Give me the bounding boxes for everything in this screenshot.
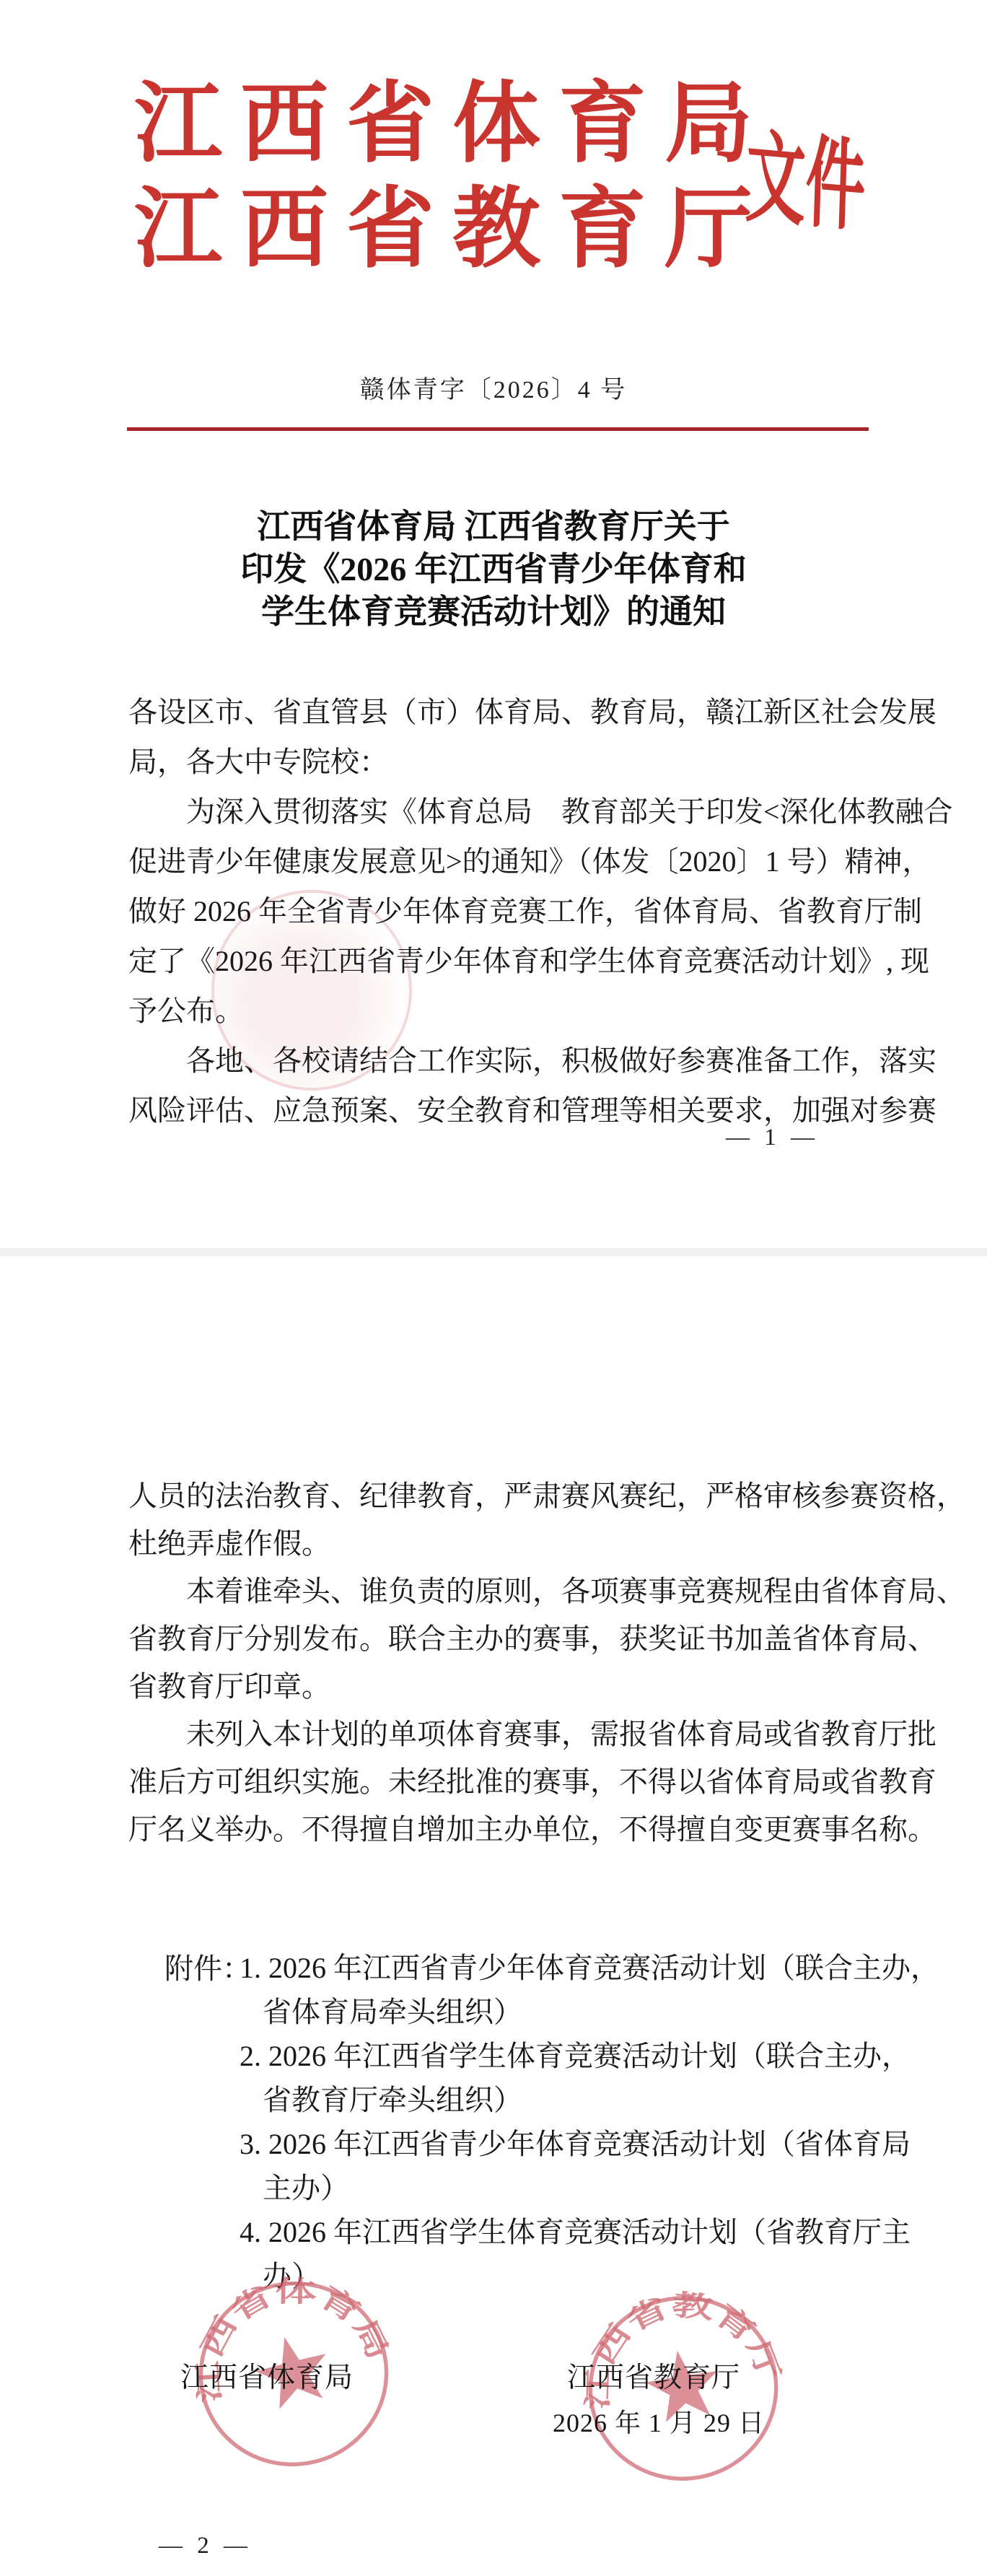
attachments-list: 1. 2026 年江西省青少年体育竞赛活动计划（联合主办， 省体育局牵头组织） … [240,1946,939,2298]
page-separator [0,1248,987,1257]
body-line: 做好 2026 年全省青少年体育竞赛工作，省体育局、省教育厅制 [128,886,893,936]
body-line: 予公布。 [128,986,893,1036]
page1-body-text: 各设区市、省直管县（市）体育局、教育局，赣江新区社会发展 局，各大中专院校： 为… [128,687,893,1135]
attachment-item-line: 主办） [263,2166,939,2210]
attachment-item-line: 2. 2026 年江西省学生体育竞赛活动计划（联合主办， [240,2034,939,2078]
body-line: 省教育厅分别发布。联合主办的赛事，获奖证书加盖省体育局、 [128,1615,893,1663]
page2-body-text: 人员的法治教育、纪律教育，严肃赛风赛纪，严格审核参赛资格， 杜绝弄虚作假。 本着… [128,1472,893,1854]
red-divider-rule [127,427,869,431]
document-title: 江西省体育局 江西省教育厅关于 印发《2026 年江西省青少年体育和 学生体育竞… [0,505,987,633]
body-line: 定了《2026 年江西省青少年体育和学生体育竞赛活动计划》, 现 [128,936,893,986]
body-line: 本着谁牵头、谁负责的原则，各项赛事竞赛规程由省体育局、 [128,1568,893,1615]
page-number-2: — 2 — [159,2533,252,2559]
page-2: 人员的法治教育、纪律教育，严肃赛风赛纪，严格审核参赛资格， 杜绝弄虚作假。 本着… [0,1257,987,2576]
document-number: 赣体青字〔2026〕4 号 [0,370,987,405]
signature-date: 2026 年 1 月 29 日 [553,2403,765,2440]
title-line: 学生体育竞赛活动计划》的通知 [0,590,987,633]
title-line: 印发《2026 年江西省青少年体育和 [0,548,987,590]
signature-sports-bureau: 江西省体育局 [180,2355,354,2396]
attachments-label: 附件： [164,1946,251,1987]
body-line: 人员的法治教育、纪律教育，严肃赛风赛纪，严格审核参赛资格， [128,1472,893,1520]
title-line: 江西省体育局 江西省教育厅关于 [0,505,987,548]
attachment-item-line: 省教育厅牵头组织） [263,2078,939,2122]
body-line: 省教育厅印章。 [128,1663,893,1711]
attachment-item-line: 4. 2026 年江西省学生体育竞赛活动计划（省教育厅主 [240,2210,939,2254]
attachment-item-line: 省体育局牵头组织） [263,1990,939,2034]
body-line: 局，各大中专院校： [128,737,893,787]
body-line: 各地、各校请结合工作实际，积极做好参赛准备工作，落实 [128,1036,893,1086]
attachment-item-line: 1. 2026 年江西省青少年体育竞赛活动计划（联合主办， [240,1946,939,1990]
body-line: 杜绝弄虚作假。 [128,1520,893,1568]
body-line: 厅名义举办。不得擅自增加主办单位，不得擅自变更赛事名称。 [128,1806,893,1854]
header-doc-type: 文件 [745,128,867,238]
body-line: 未列入本计划的单项体育赛事，需报省体育局或省教育厅批 [128,1711,893,1758]
body-line: 准后方可组织实施。未经批准的赛事，不得以省体育局或省教育 [128,1758,893,1806]
attachment-item-line: 3. 2026 年江西省青少年体育竞赛活动计划（省体育局 [240,2122,939,2166]
page-1: 江西省体育局 江西省教育厅 文件 赣体青字〔2026〕4 号 江西省体育局 江西… [0,0,987,1248]
body-line: 为深入贯彻落实《体育总局 教育部关于印发<深化体教融合 [128,787,893,837]
signature-education-dept: 江西省教育厅 [567,2355,740,2396]
body-line: 各设区市、省直管县（市）体育局、教育局，赣江新区社会发展 [128,687,893,737]
body-line: 促进青少年健康发展意见>的通知》（体发〔2020〕1 号）精神， [128,837,893,886]
page-number-1: — 1 — [726,1125,819,1151]
